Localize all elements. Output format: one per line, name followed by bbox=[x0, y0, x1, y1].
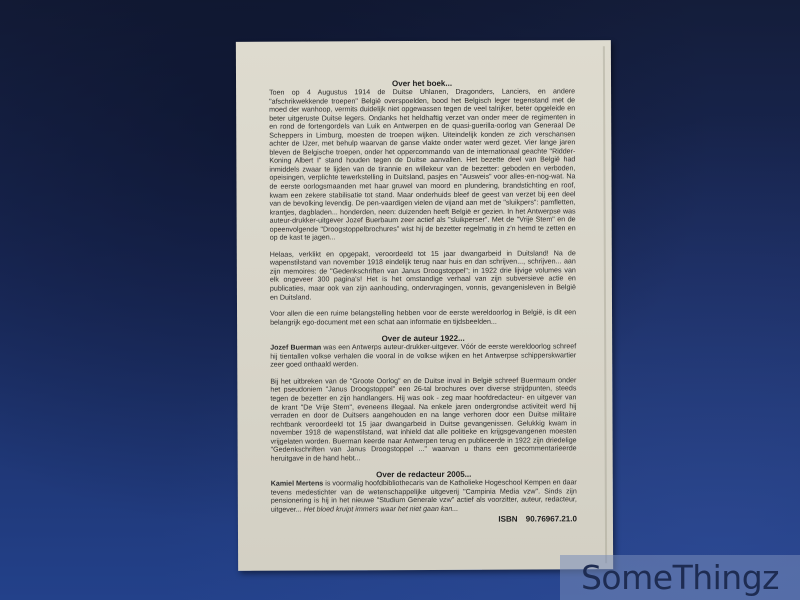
about-author-paragraph-2: Bij het uitbreken van de "Groote Oorlog"… bbox=[270, 376, 576, 463]
about-author-paragraph-1: Jozef Buerman was een Antwerps auteur-dr… bbox=[270, 343, 576, 370]
isbn: ISBN 90.76967.21.0 bbox=[271, 515, 577, 525]
watermark-logo: SomeThingz bbox=[560, 555, 800, 600]
editor-name: Kamiel Mertens bbox=[271, 480, 324, 488]
isbn-label: ISBN bbox=[498, 514, 517, 523]
about-editor-paragraph: Kamiel Mertens is voormalig hoofdbibliot… bbox=[271, 479, 577, 515]
about-book-paragraph-2: Helaas, verklikt en opgepakt, veroordeel… bbox=[270, 249, 576, 302]
isbn-value: 90.76967.21.0 bbox=[526, 514, 577, 523]
about-book-paragraph-3: Voor allen die een ruime belangstelling … bbox=[270, 308, 576, 326]
section-about-author: Over de auteur 1922... Jozef Buerman was… bbox=[270, 334, 577, 463]
about-book-paragraph-1: Toen op 4 Augustus 1914 de Duitse Uhlane… bbox=[269, 87, 576, 242]
section-about-editor: Over de redacteur 2005... Kamiel Mertens… bbox=[271, 470, 577, 515]
book-back-cover: Over het boek... Toen op 4 Augustus 1914… bbox=[236, 40, 613, 571]
author-name: Jozef Buerman bbox=[270, 344, 321, 352]
cover-text: Over het boek... Toen op 4 Augustus 1914… bbox=[269, 78, 577, 524]
about-editor-italic-tail: Het bloed kruipt immers waar het niet ga… bbox=[304, 505, 459, 514]
section-about-book: Over het boek... Toen op 4 Augustus 1914… bbox=[269, 78, 576, 327]
